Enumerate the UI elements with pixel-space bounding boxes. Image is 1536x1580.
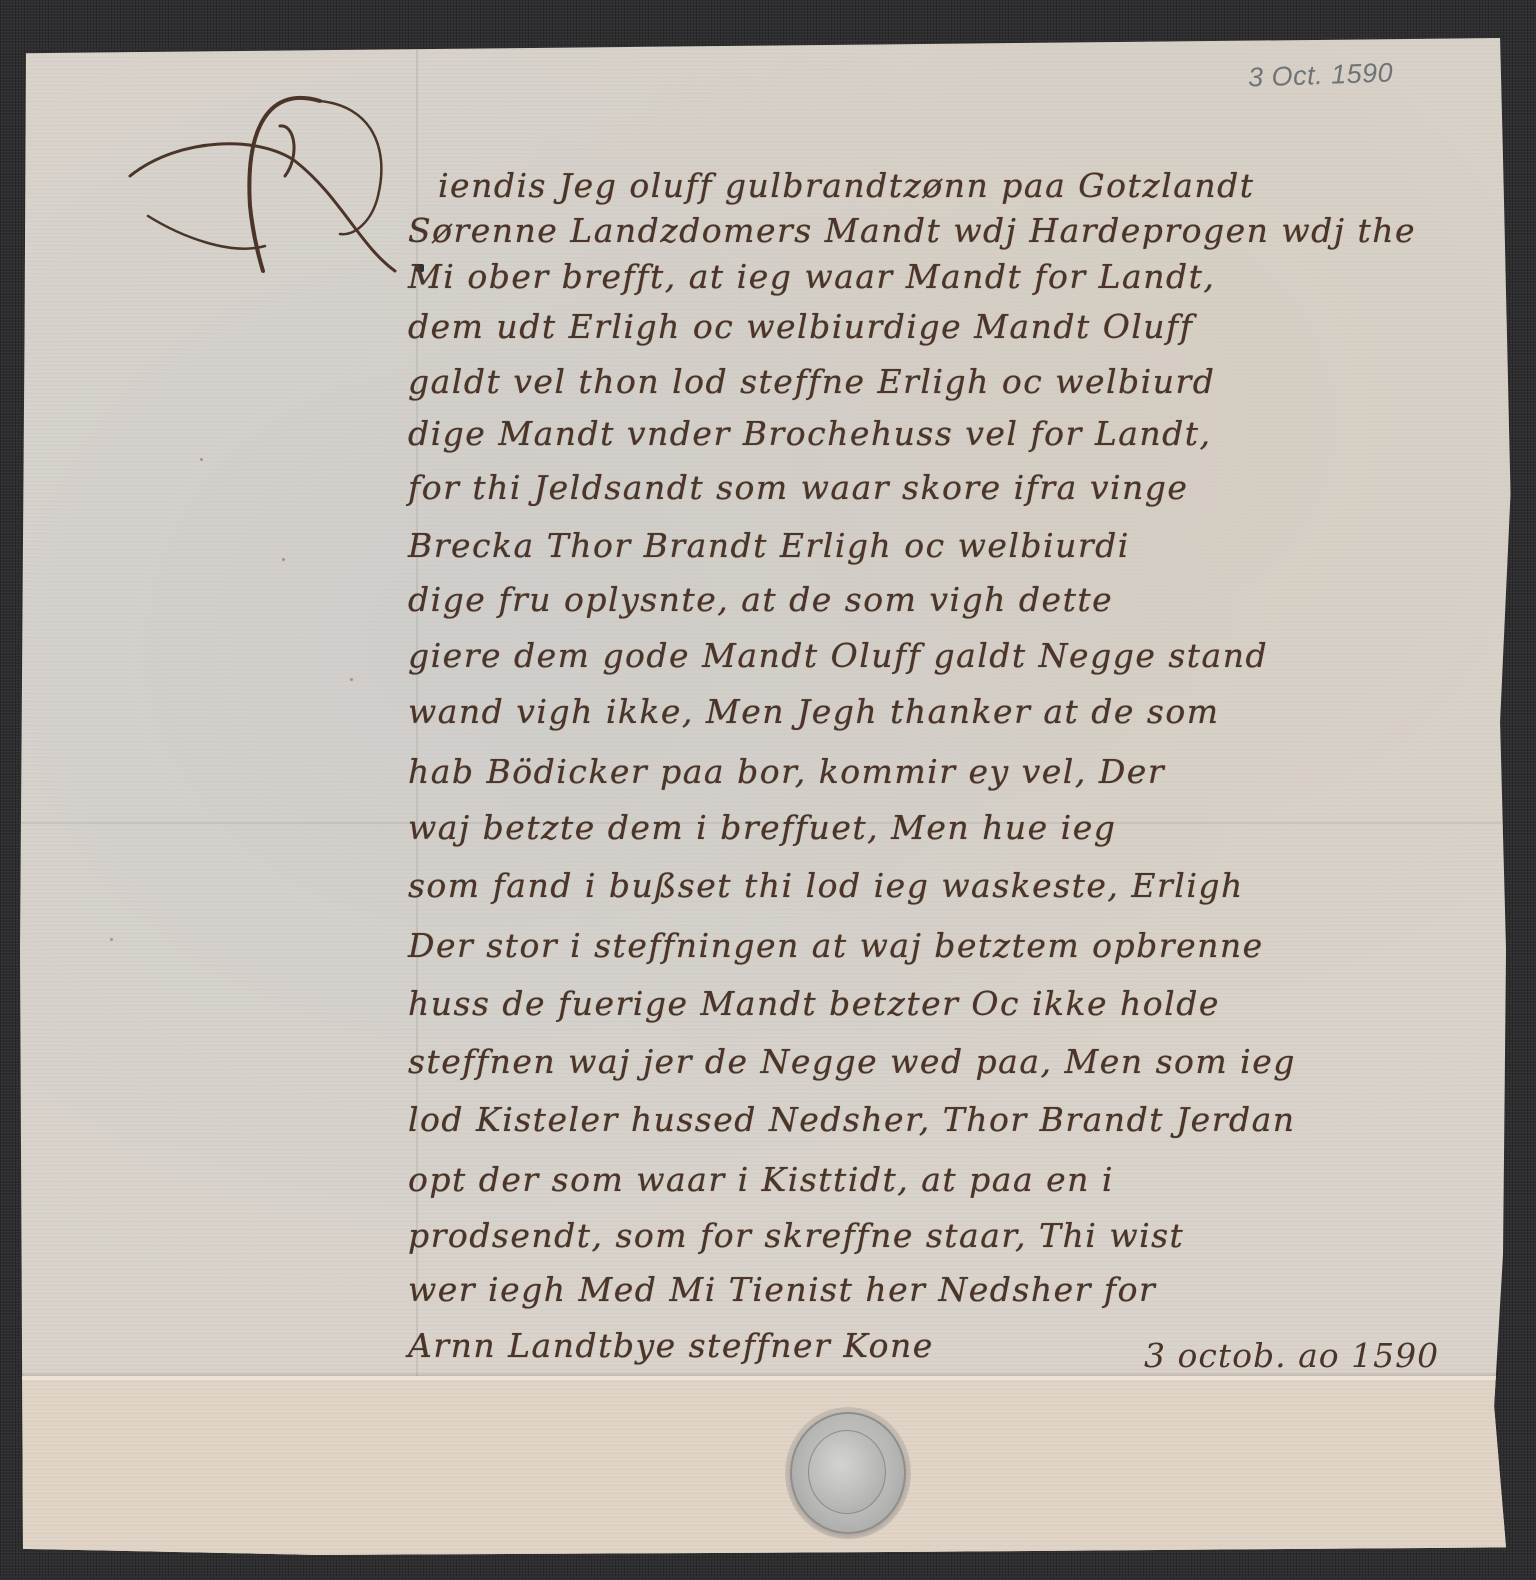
letter-line: huss de fuerige Mandt betzter Oc ikke ho… [408,984,1220,1023]
letter-line: galdt vel thon lod steffne Erligh oc wel… [408,362,1215,401]
decorated-initial-letter [120,86,450,286]
letter-line: waj betzte dem i breffuet, Men hue ieg [408,808,1116,847]
letter-line: Der stor i steffningen at waj betztem op… [408,926,1264,965]
letter-line: lod Kisteler hussed Nedsher, Thor Brandt… [408,1100,1296,1139]
foxing-spot [350,678,353,681]
manuscript-page: 3 Oct. 1590 iendis Jeg oluff gulbrandtzø… [20,38,1512,1558]
letter-line: opt der som waar i Kisttidt, at paa en i [408,1160,1114,1199]
foxing-spot [282,558,285,561]
seal-impression [808,1430,886,1514]
letter-line: iendis Jeg oluff gulbrandtzønn paa Gotzl… [438,166,1255,205]
letter-line: dige Mandt vnder Brochehuss vel for Land… [408,414,1212,453]
letter-line: dige fru oplysnte, at de som vigh dette [408,580,1113,619]
letter-line: Mi ober brefft, at ieg waar Mandt for La… [408,257,1215,296]
letter-line: giere dem gode Mandt Oluff galdt Negge s… [408,636,1268,675]
letter-line: for thi Jeldsandt som waar skore ifra vi… [408,468,1188,507]
letter-line: Arnn Landtbye steffner Kone [408,1326,934,1365]
archival-date-note: 3 Oct. 1590 [1248,57,1394,93]
closing-date: 3 octob. ao 1590 [1144,1336,1439,1375]
letter-line: steffnen waj jer de Negge wed paa, Men s… [408,1042,1296,1081]
letter-line: Brecka Thor Brandt Erligh oc welbiurdi [408,526,1130,565]
letter-line: prodsendt, som for skreffne staar, Thi w… [408,1216,1184,1255]
letter-line: som fand i bußset thi lod ieg waskeste, … [408,866,1244,905]
letter-line: wand vigh ikke, Men Jegh thanker at de s… [408,692,1220,731]
lower-fold-flap [20,1376,1512,1570]
wax-seal [790,1412,906,1534]
letter-line: wer iegh Med Mi Tienist her Nedsher for [408,1270,1156,1309]
foxing-spot [110,938,113,941]
letter-line: hab Bödicker paa bor, kommir ey vel, Der [408,752,1165,791]
letter-line: dem udt Erligh oc welbiurdige Mandt Oluf… [408,307,1194,346]
foxing-spot [200,458,203,461]
letter-line: Sørenne Landzdomers Mandt wdj Hardeproge… [408,211,1416,250]
